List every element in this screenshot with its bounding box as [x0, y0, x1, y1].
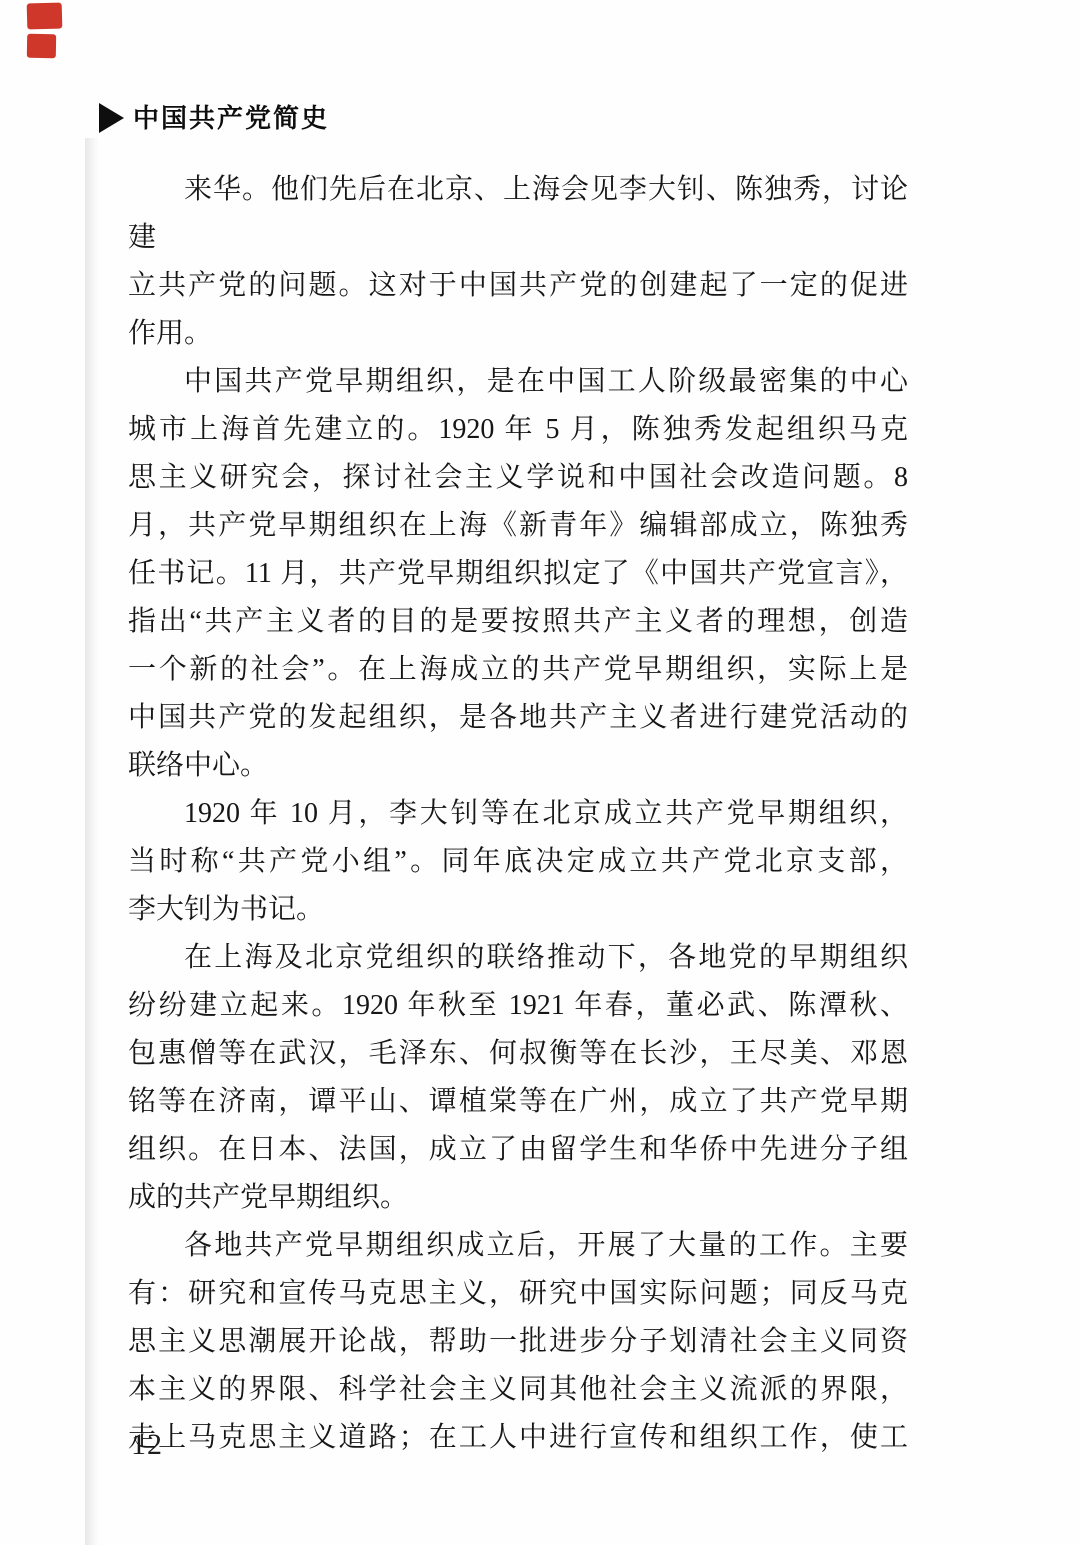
text-line: 当时称“共产党小组”。同年底决定成立共产党北京支部，: [128, 838, 908, 886]
binding-shadow: [85, 138, 99, 1545]
text-line: 铭等在济南，谭平山、谭植棠等在广州，成立了共产党早期: [128, 1078, 908, 1126]
text-line: 1920 年 10 月，李大钊等在北京成立共产党早期组织，: [128, 790, 908, 838]
text-line: 组织。在日本、法国，成立了由留学生和华侨中先进分子组: [128, 1126, 908, 1174]
body-text: 来华。他们先后在北京、上海会见李大钊、陈独秀，讨论建立共产党的问题。这对于中国共…: [128, 166, 908, 1462]
text-line: 本主义的界限、科学社会主义同其他社会主义流派的界限，: [128, 1366, 908, 1414]
red-stamp-marks: [26, 2, 66, 62]
text-line: 思主义研究会，探讨社会主义学说和中国社会改造问题。8: [128, 454, 908, 502]
text-line: 在上海及北京党组织的联络推动下，各地党的早期组织: [128, 934, 908, 982]
text-line: 指出“共产主义者的目的是要按照共产主义者的理想，创造: [128, 598, 908, 646]
text-line: 立共产党的问题。这对于中国共产党的创建起了一定的促进: [128, 262, 908, 310]
right-triangle-icon: [99, 103, 124, 133]
text-line: 包惠僧等在武汉，毛泽东、何叔衡等在长沙，王尽美、邓恩: [128, 1030, 908, 1078]
text-line: 中国共产党早期组织，是在中国工人阶级最密集的中心: [128, 358, 908, 406]
text-line: 各地共产党早期组织成立后，开展了大量的工作。主要: [128, 1222, 908, 1270]
page-number: 12: [131, 1428, 163, 1462]
book-page: 中国共产党简史 来华。他们先后在北京、上海会见李大钊、陈独秀，讨论建立共产党的问…: [0, 0, 1080, 1545]
red-stamp-fragment-icon: [27, 3, 63, 30]
page-header-title: 中国共产党简史: [133, 103, 329, 133]
text-line: 月，共产党早期组织在上海《新青年》编辑部成立，陈独秀: [128, 502, 908, 550]
running-header: 中国共产党简史: [99, 103, 329, 133]
text-line: 成的共产党早期组织。: [128, 1174, 908, 1222]
text-line: 联络中心。: [128, 742, 908, 790]
red-stamp-fragment-icon: [27, 34, 56, 59]
text-line: 有：研究和宣传马克思主义，研究中国实际问题；同反马克: [128, 1270, 908, 1318]
text-line: 中国共产党的发起组织，是各地共产主义者进行建党活动的: [128, 694, 908, 742]
text-line: 纷纷建立起来。1920 年秋至 1921 年春，董必武、陈潭秋、: [128, 982, 908, 1030]
text-line: 来华。他们先后在北京、上海会见李大钊、陈独秀，讨论建: [128, 166, 908, 262]
text-line: 思主义思潮展开论战，帮助一批进步分子划清社会主义同资: [128, 1318, 908, 1366]
text-line: 城市上海首先建立的。1920 年 5 月，陈独秀发起组织马克: [128, 406, 908, 454]
text-line: 任书记。11 月，共产党早期组织拟定了《中国共产党宣言》，: [128, 550, 908, 598]
text-line: 走上马克思主义道路；在工人中进行宣传和组织工作，使工: [128, 1414, 908, 1462]
text-line: 李大钊为书记。: [128, 886, 908, 934]
text-line: 一个新的社会”。在上海成立的共产党早期组织，实际上是: [128, 646, 908, 694]
text-line: 作用。: [128, 310, 908, 358]
